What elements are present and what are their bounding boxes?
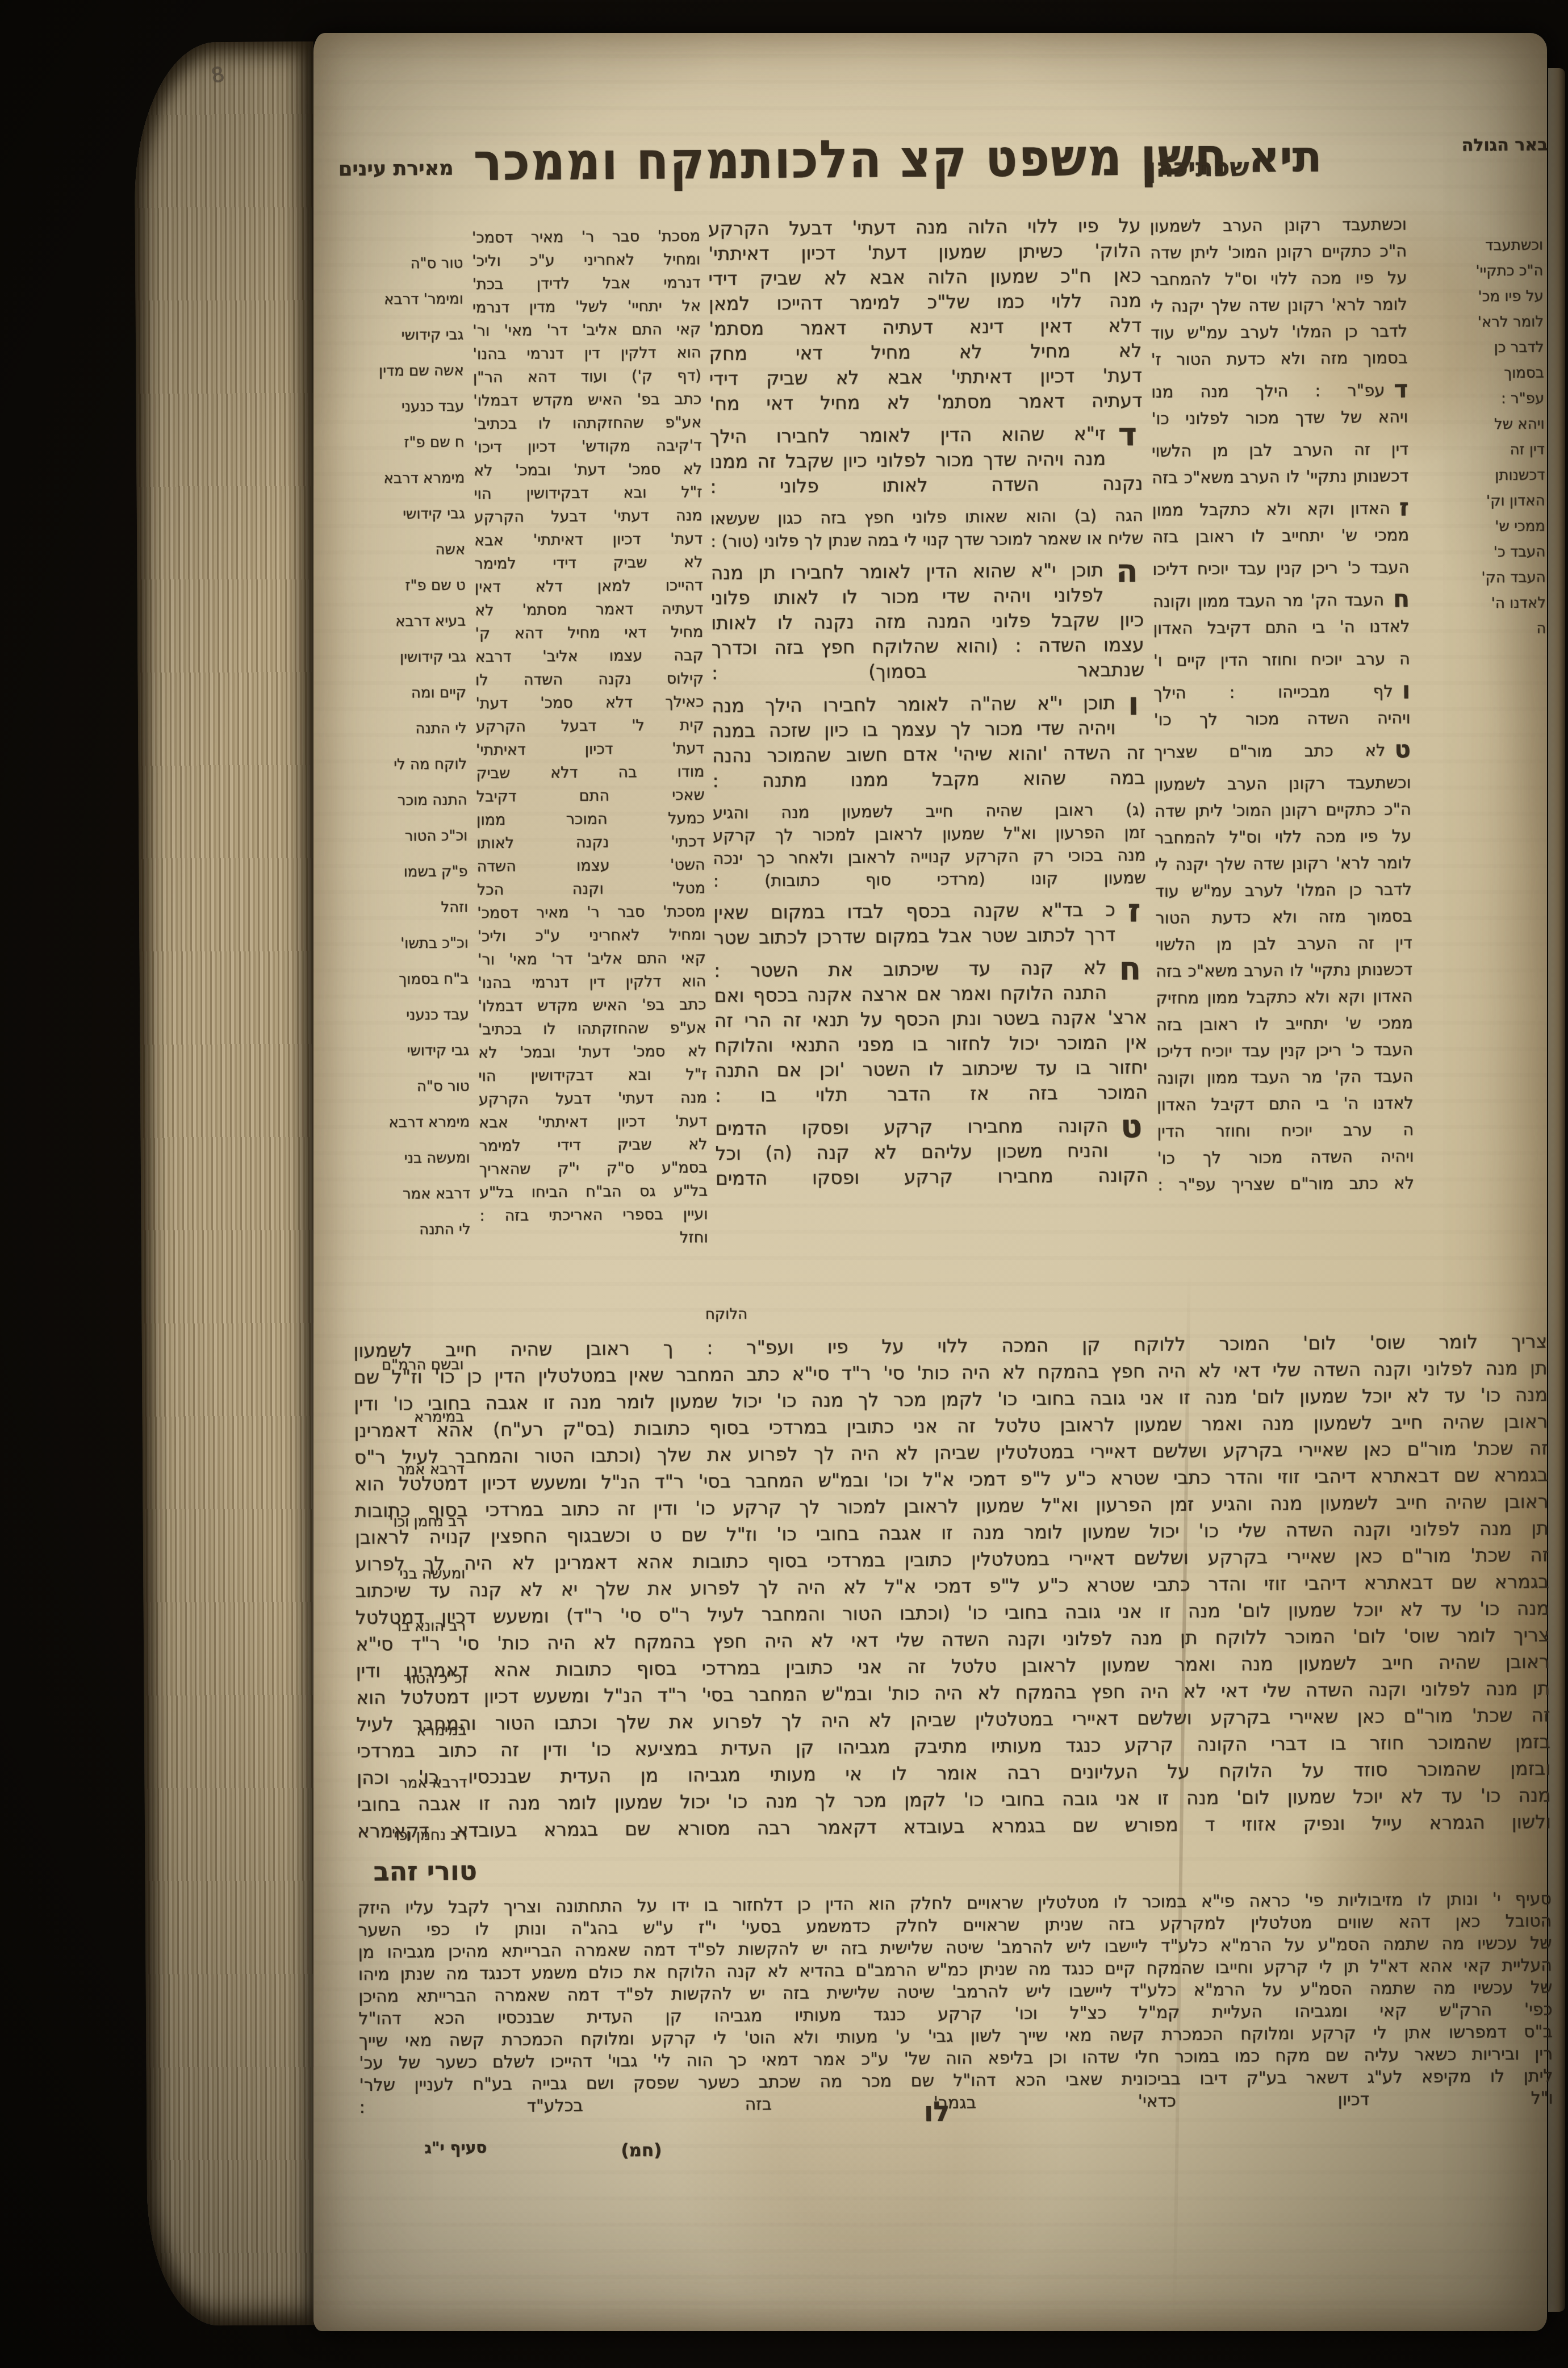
- section-letter: ה: [1116, 557, 1138, 586]
- text-line: לא כתב מור"ם שצריך: [1154, 737, 1386, 766]
- text-segment: ה ערב יוכיח וחוזר הדין קיים ו': [1153, 645, 1410, 674]
- text-line: שאכי התם דקיבל: [476, 783, 704, 808]
- header-commentary-label-meirat-einayim: מאירת עינים: [338, 157, 454, 181]
- text-segment: דעפ"ר : הילך מנה מנוויהא של שדך מכור לפל…: [1151, 377, 1408, 432]
- section-letter: ט: [1120, 1113, 1142, 1141]
- text-line: ארצ' אקנה בשטר ונתן הכסף על תנאי זה הרי …: [714, 1005, 1147, 1033]
- text-segment: התוכן י"א שהוא הדין לאומר לחבירו תן מנהל…: [710, 557, 1144, 686]
- text-line: אשה: [322, 532, 465, 569]
- text-line: הוא דלקין דין דנרמי בהנו': [473, 341, 701, 366]
- full-width-commentary-block: צריך לומר שוס' לום' המוכר ללוקח קן המכה …: [353, 1327, 1551, 1844]
- text-line: פ"ק בשמו: [324, 854, 467, 891]
- text-line: הקונה מחבירו קרקע ופסקו הדמים: [716, 1163, 1148, 1191]
- text-line: לומר לרא' רקונן שדה שלך יקנה לי במה שכתת…: [1151, 291, 1407, 320]
- text-line: האדון וקא ולא כתקבל ממון מחזיק: [1156, 983, 1412, 1012]
- left-citation-margin-column: טור ס"הומימר' דרבאגבי קידושיאשה שם מדיןע…: [320, 245, 471, 1248]
- text-line: דין זה הערב לבן מן הלשוי: [1156, 929, 1412, 958]
- text-line: זמן הפרעון וא"ל שמעון לראובן למכור לך קר…: [713, 821, 1145, 847]
- text-line: לף מבכייהו : הילך: [1153, 678, 1393, 707]
- text-line: דעתיה דאמר מסתמ' לא מחיל דאי מח': [709, 388, 1142, 416]
- text-line: וכשתעבד רקונן הערב לשמעון המלוה בכת': [1150, 211, 1407, 240]
- text-line: מסכת' סבר ר' מאיר דסמכ': [477, 900, 705, 925]
- text-line: ויהא של שדך מכור לפלוני כו': [1151, 403, 1408, 432]
- text-line: דעת' דכיון דאיתתי': [476, 737, 704, 762]
- text-line: דעתיה דאמר מסתמ' לא: [475, 597, 703, 622]
- text-segment: דין זה הערב לבן מן הלשוידכשנותן נתקיי' ל…: [1152, 436, 1409, 491]
- text-line: לי התנה: [323, 711, 466, 747]
- text-line: קאי התם אליב' דר' מאי' ור': [478, 946, 706, 971]
- text-line: מחיל דאי מחיל דהא ק': [475, 620, 703, 645]
- text-line: מנה ויהיה שדך מכור לפלוני כיון שקבל זה מ…: [710, 446, 1106, 474]
- text-line: הקונה מחבירו קרקע ופסקו הדמים: [715, 1113, 1108, 1141]
- text-line: האדון וקא ולא כתקבל ממון מחזיק: [1152, 495, 1391, 524]
- text-line: קיים ומה: [323, 675, 466, 712]
- text-line: ועיין בספרי האריכתי בזה :: [479, 1202, 708, 1227]
- text-segment: טלא כתב מור"ם שצריך: [1154, 737, 1411, 766]
- text-line: קית ל' דבעל הקרקע: [476, 713, 704, 738]
- text-line: ומחיל לאחריני ע"כ וליכ': [477, 923, 705, 948]
- text-line: דין זה: [1420, 437, 1545, 463]
- text-line: עפ"ר : הילך מנה מנו: [1151, 377, 1385, 406]
- turei-zahav-block: סעיף י' ונותן לו מזיבוליות פי' כראה פי"א…: [358, 1887, 1553, 2118]
- text-segment: ותוכן י"א שה"ה לאומר לחבירו הילך מנהויהי…: [712, 690, 1145, 793]
- text-line: על פיו מכה ללוי וס"ל להמחבר ומור"ם דבכ': [1150, 264, 1407, 293]
- text-line: לאדנו ה': [1421, 590, 1546, 617]
- text-line: לא שביק דידי למימר: [479, 1133, 707, 1158]
- header-commentary-label-siftei-kohen: שפתיכהן: [1147, 152, 1249, 183]
- text-line: כמעל המוכר ממון: [476, 807, 705, 832]
- text-line: העבד כ' ריכן קנין עבד יוכיח דליכו: [1156, 1036, 1413, 1065]
- header-title-choshen-mishpat: חשן משפט קצ הלכותמקח וממכר: [473, 126, 1228, 193]
- text-line: אל יתחיי' לשל' מדין דנרמי: [473, 294, 701, 319]
- text-line: דנרמי אבל לדידן בכת': [472, 271, 700, 296]
- text-line: והניח משכון עליהם לא קנה (ה) וכל: [715, 1138, 1108, 1166]
- text-line: מנה דעתי' דבעל הקרקע: [474, 504, 703, 529]
- text-line: ויהיה השדה מכור לך כו': [1157, 1143, 1414, 1172]
- header-page-number-hebrew: תיא: [1248, 131, 1322, 182]
- text-line: גבי קידושי: [321, 496, 465, 533]
- text-segment: זהאדון וקא ולא כתקבל ממון מחזיקממכי ש' י…: [1152, 495, 1410, 550]
- text-line: לומר לרא' רקונן שדה שלך יקנה לי: [1155, 849, 1411, 878]
- text-line: תוכן י"א שהוא הדין לאומר לחבירו תן מנה: [710, 558, 1103, 586]
- section-letter: ח: [1119, 955, 1141, 983]
- section-letter: ד: [1394, 377, 1408, 402]
- text-line: וכ"כ בתשו': [325, 925, 468, 962]
- text-line: ב"ח בסמוך: [325, 961, 469, 998]
- text-line: על פיו ללוי הלוה מנה דעתי' דבעל הקרקע: [708, 213, 1141, 241]
- text-line: השט' עצמו השדה: [476, 853, 705, 878]
- text-line: כאילך דלא סמכ' דעת': [475, 690, 704, 715]
- text-line: גבי קידושין: [323, 639, 466, 676]
- text-segment: וכשתעבד רקונן הערב לשמעון המלוה בכת'ה"כ …: [1150, 211, 1408, 373]
- text-line: ממכי ש': [1420, 513, 1545, 540]
- text-line: לאדנו ה' בי התם דקיבל האדון המקב': [1157, 1089, 1414, 1118]
- text-segment: חהעבד הק' מר העבד ממון וקונה וא"תלאדנו ה…: [1153, 586, 1410, 642]
- text-line: העבד הק' מר העבד ממון וקונה וא"ת: [1153, 587, 1384, 615]
- text-line: הגה (ב) והוא שאותו פלוני חפץ בזה כגון שע…: [710, 504, 1143, 530]
- text-line: אין המוכר יכול לחזור בו מפני התנאי והלוק…: [714, 1030, 1147, 1058]
- text-line: אע"פ שהחזקתהו לו בכתיב': [473, 411, 701, 436]
- text-line: עבד כנעני: [325, 997, 469, 1034]
- section-letter: ז: [1399, 495, 1409, 520]
- text-line: מימרא דרבא: [327, 1104, 470, 1141]
- text-line: מנה ללוי כמו של"כ למימר דהייכו למאן: [709, 288, 1141, 316]
- text-line: המוכר בזה אז הדבר תלוי בו :: [715, 1080, 1148, 1108]
- right-citation-margin-column: וכשתעבדה"כ כתקיי'על פיו מכ'לומר לרא'לדבר…: [1418, 232, 1546, 642]
- text-line: דעת' דכיון דאיתתי' אבא: [479, 1109, 707, 1134]
- text-line: אע"פ שהחזקתהו לו בכתיב': [478, 1016, 706, 1041]
- text-line: טור ס"ה: [326, 1068, 469, 1105]
- text-line: מנה דעתי' דבעל הקרקע: [479, 1086, 707, 1111]
- text-line: ממכי ש' יתחייב לו ראובן בזה: [1156, 1009, 1413, 1038]
- text-line: ממכי ש' יתחייב לו ראובן בזה: [1152, 521, 1409, 550]
- text-line: אשה שם מדין: [321, 353, 464, 390]
- text-line: בל"ע גס הב"ח הביחו בל"ע: [479, 1179, 708, 1204]
- text-line: עפ"ר :: [1419, 386, 1544, 412]
- text-line: ויהא של: [1419, 411, 1544, 438]
- text-line: (ג) ראובן שהיה חייב לשמעון מנה והגיע: [713, 798, 1145, 824]
- text-line: לדבר כן המלו' לערב עמ"ש עוד: [1155, 876, 1412, 905]
- text-line: עצמו השדה : (והוא שהלוקח חפץ בזה וכדרך: [711, 632, 1144, 661]
- left-commentary-column-sma: מסכת' סבר ר' מאיר דסמכ'ומחיל לאחריני ע"כ…: [472, 224, 708, 1251]
- section-letter: ז: [1128, 897, 1141, 925]
- text-segment: על פיו ללוי הלוה מנה דעתי' דבעל הקרקעהלו…: [708, 213, 1143, 416]
- text-line: לאדנו ה' בי התם דקיבל האדון המקב': [1153, 613, 1410, 642]
- text-line: לא מחיל לא מחיל דאי מחק: [709, 338, 1141, 366]
- text-line: העבד הק': [1421, 565, 1546, 591]
- text-line: יחזור בו עד שיכתוב לו השטר 'וכן אם התנה: [714, 1055, 1147, 1083]
- text-line: העבד כ': [1420, 539, 1545, 566]
- text-line: בעיא דרבא: [323, 603, 466, 640]
- text-line: זי"א שהוא הדין לאומר לחבירו הילך: [710, 421, 1106, 449]
- text-line: ח שם פ"ז: [321, 424, 465, 461]
- text-segment: זכ בד"א שקנה בכסף לבדו במקום שאיןדרך לכת…: [713, 897, 1147, 950]
- text-segment: טהקונה מחבירו קרקע ופסקו הדמיםוהניח משכו…: [715, 1113, 1148, 1191]
- text-line: דהייכו למאן דלא דאין: [475, 574, 703, 599]
- text-line: לפלוני ויהיה שדי מכור לו לאותו פלוני: [711, 583, 1104, 611]
- text-line: קילוס נקנה השדה לו: [475, 667, 704, 692]
- text-line: דרך לכתוב שטר אבל במקום שדרכן לכתוב שטר: [713, 922, 1115, 950]
- text-line: לדבר כן: [1419, 335, 1544, 361]
- text-line: וזהל: [325, 889, 468, 926]
- text-line: ד'קיבה מקודש' דכיון דיכו': [474, 434, 702, 459]
- text-line: על פיו מכ': [1419, 283, 1544, 310]
- text-line: לא כתב מור"ם שצריך עפ"ר :: [1157, 1170, 1414, 1198]
- text-line: ז"ל ובא דבקידושין הוי: [478, 1063, 706, 1088]
- text-segment: חלא קנה עד שיכתוב את השטר :התנה הלוקח וא…: [714, 955, 1148, 1108]
- text-line: ויהיה השדה מכור לך כו': [1153, 704, 1410, 733]
- text-line: כיון שקבל פלוני המנה מזה נקנה לו לאותו: [711, 607, 1144, 636]
- text-segment: דזי"א שהוא הדין לאומר לחבירו הילךמנה ויה…: [710, 421, 1143, 499]
- text-line: על פיו מכה ללוי וס"ל להמחבר ומור"ם: [1155, 822, 1411, 851]
- text-line: ט שם פ"ז: [322, 567, 465, 604]
- text-line: דעת' דכיון דאיתתי' אבא: [474, 527, 703, 552]
- text-segment: וכשתעבד רקונן הערב לשמעון המלוהה"כ כתקיי…: [1154, 769, 1414, 1198]
- text-line: שליח או שאמר למוכר שדך קנוי לי במה שנתן …: [710, 527, 1143, 553]
- text-line: כאן ח"כ שמעון הלוה אבא לא שביק דידי: [708, 263, 1141, 291]
- text-line: ה"כ כתקיים רקונן המוכ' ליתן שדה לשמעון: [1150, 237, 1407, 266]
- text-line: בסמוך מזה ולא כדעת הטור ז': [1151, 344, 1407, 373]
- text-line: ומעשה בני: [327, 1140, 470, 1177]
- section-letter: ד: [1118, 421, 1137, 449]
- text-line: ז"ל ובא דבקידושין הוי: [474, 481, 702, 506]
- text-line: דכתי' נקנה לאותו: [476, 830, 705, 855]
- text-line: לוקח מה לי: [324, 746, 467, 783]
- catchword: (חמ): [621, 2140, 662, 2161]
- section-letter: ט: [1394, 737, 1411, 762]
- text-line: דכשנותן נתקיי' לו הערב משא"כ בזה: [1156, 956, 1412, 985]
- text-line: תוכן י"א שה"ה לאומר לחבירו הילך מנה: [712, 690, 1115, 719]
- right-commentary-column-shach: וכשתעבד רקונן הערב לשמעון המלוה בכת'ה"כ …: [1150, 211, 1415, 1204]
- text-line: הלוק' כשיתן שמעון דעת' דכיון דאיתתי': [708, 238, 1141, 266]
- text-line: ה"כ כתקיים רקונן המוכ' ליתן שדה: [1155, 796, 1411, 825]
- header-commentary-label-beer-hagolah: באר הגולה: [1462, 135, 1548, 155]
- center-main-text-column: על פיו ללוי הלוה מנה דעתי' דבעל הקרקעהלו…: [708, 213, 1149, 1199]
- text-line: וכשתעבד רקונן הערב לשמעון המלוה: [1154, 769, 1411, 798]
- text-line: ומימר' דרבא: [320, 281, 463, 318]
- text-line: עבד כנעני: [321, 389, 464, 425]
- text-segment: (ג) ראובן שהיה חייב לשמעון מנה והגיעזמן …: [713, 798, 1146, 892]
- text-line: וכ"כ הטור: [324, 818, 467, 855]
- text-line: לומר לרא': [1419, 309, 1544, 336]
- page-content: מאירת עינים חשן משפט קצ הלכותמקח וממכר ש…: [304, 28, 1556, 2336]
- text-line: גבי קידושי: [320, 317, 463, 354]
- text-line: מטל' וקנה הכל: [477, 876, 705, 901]
- text-line: גבי קידושי: [326, 1033, 469, 1070]
- text-line: העבד הק' מר העבד ממון וקונה וא"ת: [1156, 1063, 1413, 1092]
- turei-zahav-heading: טורי זהב: [373, 1855, 477, 1886]
- text-line: במה שהוא מקבל ממנו מתנה :: [712, 765, 1145, 793]
- text-line: דכשנותן: [1420, 462, 1545, 489]
- text-line: התנה מוכר: [324, 782, 467, 819]
- text-line: נקנה השדה לאותו פלוני :: [710, 471, 1143, 499]
- text-segment: העבד כ' ריכן קנין עבד יוכיח דליכו: [1152, 554, 1409, 583]
- text-line: לדבר כן המלו' לערב עמ"ש עוד: [1151, 318, 1407, 346]
- text-line: קבה עצמו אליב' דרבא: [475, 644, 704, 669]
- text-line: העבד כ' ריכן קנין עבד יוכיח דליכו: [1152, 554, 1409, 583]
- text-line: דין זה הערב לבן מן הלשוי: [1152, 436, 1408, 465]
- text-line: בסמ"ע ס"ק י"ק שהאריך: [479, 1156, 708, 1181]
- section-letter: ח: [1393, 586, 1410, 611]
- text-line: דלא דאין דינא דעתיה דאמר מסתמ': [709, 313, 1141, 341]
- section-letter: ו: [1128, 690, 1139, 719]
- folio-signature: לו: [924, 2096, 950, 2128]
- text-segment: הגה (ב) והוא שאותו פלוני חפץ בזה כגון שע…: [710, 504, 1144, 553]
- text-line: טור ס"ה: [320, 245, 463, 282]
- text-line: לא קנה עד שיכתוב את השטר :: [714, 955, 1107, 983]
- text-line: כ בד"א שקנה בכסף לבדו במקום שאין: [713, 897, 1115, 925]
- text-line: מודו בה דלא שביק: [476, 760, 704, 785]
- text-line: ה ערב יוכיח וחוזר הדין קיים ו': [1153, 645, 1410, 674]
- text-line: וחזל: [480, 1226, 708, 1251]
- text-line: האדון וק': [1420, 488, 1545, 515]
- text-line: ומחיל לאחריני ע"כ וליכ': [472, 248, 700, 273]
- text-line: לי התנה: [327, 1212, 470, 1248]
- text-line: לא שביק דידי למימר: [474, 550, 703, 575]
- text-line: לא סמכ' דעת' ובמכ' לא: [478, 1039, 706, 1064]
- book-page-edges: [134, 41, 328, 2326]
- text-line: קאי התם אליב' דר' מאי' ור': [473, 318, 701, 343]
- text-line: מסכת' סבר ר' מאיר דסמכ': [472, 224, 700, 249]
- text-segment: ולף מבכייהו : הילךויהיה השדה מכור לך כו': [1153, 678, 1411, 733]
- text-line: לא סמכ' דעת' ובמכ' לא: [474, 457, 702, 482]
- text-line: מנה בכוכי רק הקרקע קנוייה לראובן ולאחר כ…: [713, 843, 1145, 870]
- bottom-section-label: סעיף י"ג: [424, 2138, 487, 2157]
- text-line: שמעון קונו (מרדכי סוף כתובות) :: [713, 866, 1146, 892]
- text-line: מימרא דרבא: [321, 460, 465, 497]
- column-end-word: הלוקח: [705, 1306, 748, 1323]
- text-line: הוא דלקין דין דנרמי בהנו': [478, 970, 706, 995]
- text-line: דכשנותן נתקיי' לו הערב משא"כ בזה: [1152, 462, 1408, 491]
- text-line: כתב בפ' האיש מקדש דבמלו': [473, 387, 701, 412]
- text-line: דעת' דכיון דאיתתי' אבא לא שביק דידי: [709, 363, 1142, 391]
- text-line: התנה הלוקח ואמר אם ארצה אקנה בכסף ואם: [714, 980, 1107, 1008]
- section-letter: ו: [1402, 678, 1411, 703]
- text-line: דרבא אמר: [327, 1176, 470, 1213]
- text-line: בסמוך מזה ולא כדעת הטור: [1155, 903, 1412, 932]
- text-line: שנתבאר בסמוך) :: [712, 657, 1144, 686]
- text-line: כתב בפ' האיש מקדש דבמלו': [478, 993, 706, 1018]
- text-line: ה: [1421, 616, 1546, 642]
- text-line: ה ערב יוכיח וחוזר הדין: [1157, 1116, 1414, 1145]
- text-line: זה השדה 'והוא שיהי' אדם חשוב שהמוכר נהנה: [712, 740, 1145, 769]
- text-line: (דף ק') ועוד דהא הר"ן: [473, 364, 701, 389]
- text-line: בסמוך: [1419, 360, 1544, 387]
- text-line: ה"כ כתקיי': [1418, 258, 1543, 285]
- text-line: וכשתעבד: [1418, 232, 1543, 259]
- text-line: ויהיה שדי מכור לך עצמך בו כיון שזכה במנה: [712, 715, 1116, 744]
